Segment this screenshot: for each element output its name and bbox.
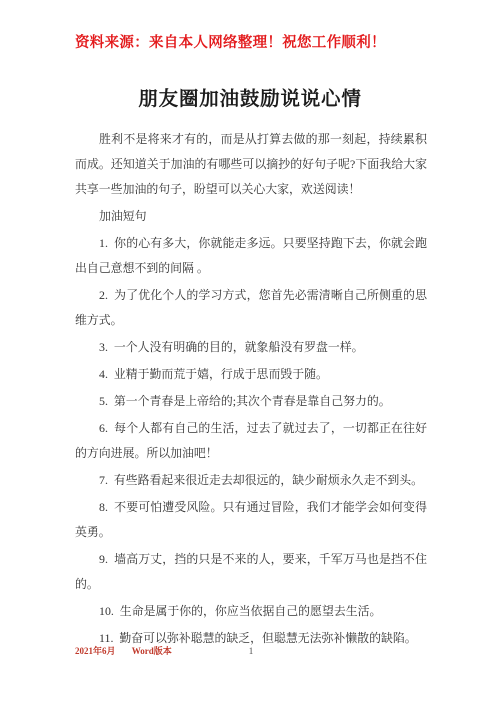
text-line: 2. 为了优化个人的学习方式，您首先必需清晰自己所侧重的思 [75, 283, 427, 308]
document-title: 朋友圈加油鼓励说说心情 [0, 83, 500, 111]
paragraph: 7. 有些路看起来很近走去却很远的，缺少耐烦永久走不到头。 [75, 468, 427, 493]
paragraph: 9. 墙高万丈，挡的只是不来的人，要来，千军万马也是挡不住的。 [75, 547, 427, 597]
paragraph: 加油短句 [75, 204, 427, 229]
text-line: 的方向进展。所以加油吧！ [75, 441, 427, 466]
text-line: 4. 业精于勤而荒于嬉，行成于思而毁于随。 [75, 362, 427, 387]
text-line: 1. 你的心有多大，你就能走多远。只要坚持跑下去，你就会跑 [75, 231, 427, 256]
footer-date: 2021年6月 [75, 646, 116, 656]
paragraph: 5. 第一个青春是上帝给的;其次个青春是靠自己努力的。 [75, 389, 427, 414]
footer-version: Word版本 [132, 646, 172, 656]
text-line: 维方式。 [75, 308, 427, 333]
paragraph: 10. 生命是属于你的，你应当依据自己的愿望去生活。 [75, 599, 427, 624]
paragraph: 6. 每个人都有自己的生活，过去了就过去了，一切都正在往好的方向进展。所以加油吧… [75, 416, 427, 466]
text-line: 6. 每个人都有自己的生活，过去了就过去了，一切都正在往好 [75, 416, 427, 441]
text-line: 7. 有些路看起来很近走去却很远的，缺少耐烦永久走不到头。 [75, 468, 427, 493]
text-line: 的。 [75, 572, 427, 597]
text-line: 9. 墙高万丈，挡的只是不来的人，要来，千军万马也是挡不住 [75, 547, 427, 572]
text-line: 5. 第一个青春是上帝给的;其次个青春是靠自己努力的。 [75, 389, 427, 414]
text-line: 加油短句 [75, 204, 427, 229]
page-footer: 2021年6月 Word版本 1 [75, 644, 427, 658]
source-note: 资料来源：来自本人网络整理！祝您工作顺利！ [75, 31, 435, 52]
text-line: 而成。还知道关于加油的有哪些可以摘抄的好句子呢?下面我给大家 [75, 152, 427, 177]
text-line: 胜利不是将来才有的，而是从打算去做的那一刻起，持续累积 [75, 127, 427, 152]
text-line: 出自己意想不到的间隔 。 [75, 256, 427, 281]
text-line: 10. 生命是属于你的，你应当依据自己的愿望去生活。 [75, 599, 427, 624]
document-page: 资料来源：来自本人网络整理！祝您工作顺利！ 朋友圈加油鼓励说说心情 胜利不是将来… [0, 0, 500, 708]
text-line: 英勇。 [75, 520, 427, 545]
paragraph: 胜利不是将来才有的，而是从打算去做的那一刻起，持续累积而成。还知道关于加油的有哪… [75, 127, 427, 202]
paragraph: 8. 不要可怕遭受风险。只有通过冒险，我们才能学会如何变得英勇。 [75, 495, 427, 545]
paragraph: 4. 业精于勤而荒于嬉，行成于思而毁于随。 [75, 362, 427, 387]
text-line: 3. 一个人没有明确的目的，就象船没有罗盘一样。 [75, 335, 427, 360]
page-number: 1 [249, 644, 254, 658]
paragraph: 2. 为了优化个人的学习方式，您首先必需清晰自己所侧重的思维方式。 [75, 283, 427, 333]
text-line: 8. 不要可怕遭受风险。只有通过冒险，我们才能学会如何变得 [75, 495, 427, 520]
document-body: 胜利不是将来才有的，而是从打算去做的那一刻起，持续累积而成。还知道关于加油的有哪… [75, 127, 427, 653]
paragraph: 3. 一个人没有明确的目的，就象船没有罗盘一样。 [75, 335, 427, 360]
text-line: 共享一些加油的句子，盼望可以关心大家，欢送阅读！ [75, 177, 427, 202]
paragraph: 1. 你的心有多大，你就能走多远。只要坚持跑下去，你就会跑出自己意想不到的间隔 … [75, 231, 427, 281]
